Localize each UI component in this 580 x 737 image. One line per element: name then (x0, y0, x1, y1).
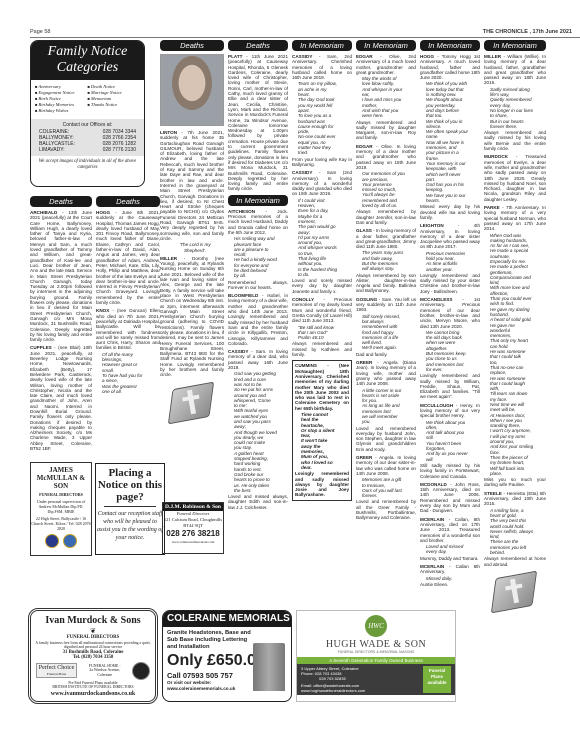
ivan-website[interactable]: www.ivanmurdockandsons.co.uk (31, 690, 155, 698)
notice-text: - 13th June 2021 (peacefully) at the Cou… (30, 210, 92, 342)
institute-seal-icon (132, 662, 150, 680)
notice-verse: May the winds of love blow softly, And w… (356, 76, 416, 118)
deaths-column-3: Deaths LINTON - 7th June 2021, suddenly … (160, 40, 224, 430)
notice-name: EDGAR (356, 144, 373, 149)
notice-name: GLASS (356, 228, 372, 233)
seal-icon (45, 534, 59, 548)
memoriam-notice: MCDONALD - John Ross, 15th Anniversary, … (420, 482, 480, 514)
memoriam-notice: CASSIDY - Sam, 2nd Anniversary. Cherishe… (292, 54, 352, 167)
section-header-deaths: Deaths (30, 196, 92, 207)
headstone-image (253, 643, 285, 691)
notice-name: AITCHESON (228, 209, 255, 214)
perfect-choice-label: Perfect Choice (39, 665, 74, 672)
notice-name: PLATT (228, 54, 242, 59)
notice-verse: Missed daily. (420, 576, 480, 581)
wade-website[interactable]: www.hughwadefuneraldirectors.com (301, 688, 365, 693)
notice-signoff: Always remembered and missed by Kathleen… (292, 341, 352, 357)
deaths-column-1: Deaths ARCHIBALD - 13th June 2021 (peace… (30, 196, 92, 454)
wade-banner: A Seventh Generation Family Owned Busine… (297, 657, 455, 664)
memoriam-notice: BLOOMFIELD - Isobel, in loving memory of… (228, 293, 288, 346)
notice-signoff: Mummy, Daddy and Tamara. (420, 556, 479, 561)
section-header-deaths: Deaths (96, 196, 160, 207)
notice-signoff: Lovingly remembered and sadly missed by … (420, 373, 480, 399)
notice-text: - Treasured memories of Evelyn, a dear w… (484, 154, 546, 201)
notice-text: - Dorothy (nee Young), peacefully, at Ry… (160, 256, 224, 378)
notice-signoff: Loved and remembered by all the Greer Fa… (356, 499, 416, 520)
notice-verse: Still sorely missed, but always remember… (356, 314, 416, 351)
perfect-choice-sub: Funeral Plans (39, 672, 74, 676)
notice-text: - 1st Anniversary. Precious memories of … (420, 297, 480, 328)
section-header-memoriam: In Memoriam (484, 40, 546, 51)
memoriam-notice: HOGG - Tommy Hogg 1st Anniversary. A muc… (420, 54, 480, 220)
notice-name: MCDONALD (420, 482, 447, 487)
hwc-logo: HWC (365, 615, 387, 637)
bible-icon (164, 382, 220, 426)
coleraine-title: COLERAINE MEMORIALS (163, 611, 291, 627)
notice-signoff: Always remembered at home and abroad. (484, 556, 546, 566)
ivan-home: FUNERAL HOME - 2a Windsor Avenue, Colera… (87, 664, 123, 678)
notice-verse: God saw you getting tired and a cure was… (228, 371, 288, 493)
notice-verse: Tears on my pillow, an ache in my heart.… (292, 81, 352, 155)
category-list: Anniversary Death Notice Engagement Noti… (31, 80, 144, 116)
memoriam-notice: GLASS - In loving memory of a dear fathe… (356, 228, 416, 294)
wade-sub: FUNERAL DIRECTORS & MEMORIAL MASONS (297, 650, 455, 655)
wade-contact-panel: 3 Upper Abbey Street, Coleraine Phone: 0… (297, 664, 455, 695)
notice-text: - 11th June 2021 (peacefully) at Causewa… (228, 54, 288, 191)
notice-verse: The years may pass and fade away, But th… (356, 250, 416, 271)
memoriam-notice: MCCANDLESS - 1st Anniversary. Precious m… (420, 297, 480, 400)
accreditation-seals (31, 534, 91, 548)
memoriam-notice: GREER - Angela (Diana Jean). In loving m… (356, 360, 416, 452)
linton-portrait-photo (160, 54, 224, 126)
notice-signoff: Always remembered by son Alister, daught… (356, 273, 416, 294)
selected-badge-icon (63, 534, 77, 548)
notice-text: - June 6th 2021, suddenly at the Causewa… (96, 210, 160, 305)
categories-title: Family Notice Categories (31, 41, 144, 80)
notice-verse: A little corner in our hearts is set asi… (356, 388, 416, 425)
notice-name: GREER (356, 455, 372, 460)
office-name: LIMAVADY: (39, 147, 65, 153)
contact-offices: Contact our Offices at: COLERAINE:028 70… (31, 119, 144, 156)
notice-text: - (Nee McNaughten) 18th Anniversary. Che… (295, 363, 349, 410)
wade-phone-2: 028 703 52835 (301, 676, 365, 681)
notice-text: - 7th June 2021, suddenly at his home 35… (160, 130, 224, 241)
notice-verse: Precious memories hold you near, As time… (420, 251, 480, 272)
ivan-murdock-ad: Ivan Murdock & Sons ❦ FUNERAL DIRECTORS … (30, 610, 156, 702)
notice-name: MILLER (484, 54, 501, 59)
notice-signoff: Remembered always. Forever in our hearts… (228, 280, 288, 290)
memoriam-notice: PARKE - 7th Anniversary. In loving memor… (484, 205, 546, 488)
memoriam-notice: LEIGHTON - 4th Anniversary. In loving me… (420, 223, 480, 294)
notice-signoff: Always remembered by daughter Jennifer, … (356, 209, 416, 225)
memoriam-notice: MILLER - William (Willie). In loving mem… (484, 54, 546, 151)
death-notice: PLATT - 11th June 2021 (peacefully) at C… (228, 54, 288, 192)
section-header-memoriam: In Memoriam (420, 40, 480, 51)
notice-verse: Our memories of you are precious, Your p… (356, 171, 416, 208)
memoriam-notice-boxed: CUMMINS - (Nee McNaughten) 18th Annivers… (292, 360, 352, 500)
djm-robinson-ad: D.J.M. Robinson & Son Funeral Directors … (162, 502, 224, 554)
djm-address: 121 Calcium Road, Cloughmills BT44 9QT (163, 517, 223, 529)
notice-text: - Isobel, in loving memory of a dear wif… (228, 293, 288, 346)
section-header-memoriam: In Memoriam (292, 40, 352, 51)
notice-verse: A smiling face, a heart of gold, The ver… (484, 508, 546, 556)
mcmullan-name: JAMES McMULLAN & SON (31, 463, 91, 490)
notice-name: MURDOCK (484, 154, 508, 159)
notice-signoff: Lovingly remembered and sadly missed alw… (295, 471, 349, 497)
notice-signoff: Loved and sorely missed every day by dau… (292, 278, 352, 294)
notice-text: - (nee Duncan) Ellen who died on 7th Jun… (96, 308, 160, 350)
death-notice: LINTON - 7th June 2021, suddenly at his … (160, 130, 224, 253)
notice-text: - (nee Blair) 10th June 2021, peacefully… (30, 345, 92, 451)
notice-signoff: Dad and family. (356, 352, 388, 357)
death-notice: HOGG - June 6th 2021, suddenly at the Ca… (96, 210, 160, 305)
notice-name: CASSIDY (228, 349, 248, 354)
notice-name: HOGG (420, 54, 434, 59)
ivan-tagline: A family business free from all multinat… (31, 641, 155, 650)
death-notice: CUPPLES - (nee Blair) 10th June 2021, pe… (30, 345, 92, 451)
notice-name: PARKE (484, 205, 500, 210)
notice-name: CUMMINS (295, 363, 317, 368)
divider (104, 506, 156, 507)
perfect-choice-badge: Perfect ChoiceFuneral Plans (36, 663, 77, 678)
notice-signoff: Always remembered and sadly missed by da… (356, 120, 416, 141)
family-notice-categories-box: Family Notice Categories Anniversary Dea… (30, 40, 145, 187)
header-rule (30, 37, 580, 38)
memoriam-column-7: In Memoriam HOGG - Tommy Hogg 1st Annive… (420, 40, 480, 590)
notice-name: CONOLLY (292, 297, 314, 302)
bible-icon (487, 571, 543, 615)
notice-verse: Of all the many blessings, However great… (96, 352, 160, 394)
notice-signoff: From your loving wife Kay in Ballynarrig… (292, 157, 352, 167)
notice-name: BLOOMFIELD (228, 293, 258, 298)
hugh-wade-ad: HWC HUGH WADE & SON FUNERAL DIRECTORS & … (296, 610, 456, 702)
notice-verse: Time cannot heal the heartache, Or stop … (295, 412, 349, 470)
placing-title: Placing a Notice on this page? (96, 464, 164, 503)
placing-body: Contact our reception staff who will be … (96, 510, 164, 542)
notice-name: MCCANDLESS (420, 297, 452, 302)
coleraine-description: Granite Headstones, Base and Sub Base in… (167, 630, 251, 651)
memoriam-notice: GREER - Angela. In loving memory of our … (356, 455, 416, 521)
notice-signoff: Auntie Eileen. (420, 582, 448, 587)
ornament-icon: ❦ (31, 627, 155, 635)
ivan-name: Ivan Murdock & Sons (31, 611, 155, 627)
notice-verse: We think of you with love today but that… (420, 81, 480, 203)
memoriam-column-6: In Memoriam EDGAR - Olive, 2nd Anniversa… (356, 40, 416, 524)
section-header-deaths: Deaths (228, 40, 288, 51)
title-line-2: Categories (31, 60, 144, 76)
notice-verse: Memories are a gift to treasure, Ours of… (356, 477, 416, 498)
section-header-memoriam: In Memoriam (356, 40, 416, 51)
notice-verse: We cannot bring the old days back when w… (420, 330, 480, 372)
mcmullan-funeral-ad: JAMES McMULLAN & SON FUNERAL DIRECTORS U… (30, 462, 92, 556)
notice-name: ARCHIBALD (30, 210, 57, 215)
category-item: Birthday Wishes (35, 108, 88, 114)
notice-signoff: Miss you so much your darling wife Pauli… (484, 477, 546, 487)
notice-name: MCERLAIN (420, 564, 444, 569)
deaths-memoriam-column-4: Deaths PLATT - 11th June 2021 (peacefull… (228, 40, 288, 513)
notice-name: MCERLAIN (420, 517, 444, 522)
memoriam-notice: STEELE - Henrietta (Etta) 6th Anniversar… (484, 491, 546, 567)
notice-text: - William (Willie). In loving memory of … (484, 54, 546, 85)
notice-verse: When God was making husbands, As far as … (484, 233, 546, 477)
memoriam-notice: EDGAR - Olive, 2nd Anniversary of a much… (356, 54, 416, 141)
djm-phone: 028 276 38218 (163, 529, 223, 539)
section-header-memoriam: In Memoriam (228, 195, 288, 206)
notice-name: GREER (356, 360, 372, 365)
notice-verse: Sadly missed along life's way, Quietly r… (484, 87, 546, 129)
memoriam-notice: AITCHESON - Jock. Precious memories of a… (228, 209, 288, 290)
djm-name: D.J.M. Robinson & Son (163, 503, 223, 511)
notice-signoff: Always remembered and sadly missed by hi… (484, 130, 546, 151)
notice-name: MILLER (160, 256, 177, 261)
masthead: THE CHRONICLE , 17th June 2021 (483, 30, 572, 35)
page-number: Page 58 (30, 30, 51, 35)
wade-plans-badge: Funeral Plans available (423, 666, 451, 693)
notice-signoff: Lovingly remembered and sadly missed by … (420, 273, 480, 294)
office-row: LIMAVADY:028 7776 2130 (39, 147, 136, 153)
notice-name: KNOX (96, 308, 109, 313)
notice-signoff: Loved and remembered everyday by husband… (356, 426, 416, 452)
notice-verse: Loved and missed every day. (420, 544, 480, 555)
notice-name: CASSIDY (292, 54, 312, 59)
notice-name: CUPPLES (30, 345, 52, 350)
notice-name: CASSIDY (292, 170, 312, 175)
notice-verse: His smiling way and pleasant face are a … (228, 236, 288, 278)
memoriam-notice: MCCULLOUGH - Henry. In loving memory of … (420, 403, 480, 479)
mcmullan-role: FUNERAL DIRECTORS (31, 492, 91, 497)
category-item: Thanks Notice (88, 102, 141, 108)
notice-signoff: Loved and missed always, daughter Edith … (228, 494, 288, 510)
notice-name: EDGAR (356, 54, 373, 59)
memoriam-column-5: In Memoriam CASSIDY - Sam, 2nd Anniversa… (292, 40, 352, 504)
notice-name: MCCULLOUGH (420, 403, 453, 408)
mcmullan-supervision: Under personal supervision of Andrew McM… (31, 499, 91, 514)
death-notice: ARCHIBALD - 13th June 2021 (peacefully) … (30, 210, 92, 342)
office-phone: 028 7776 2130 (103, 147, 136, 153)
section-header-deaths: Deaths (160, 40, 224, 51)
notice-signoff: Still sadly missed by his loving family … (420, 463, 480, 479)
notice-signoff: Missed every day by his devoted wife Isa… (420, 204, 480, 220)
memoriam-notice: MCERLAIN - Callan, 8th Anniversary, died… (420, 517, 480, 561)
notice-verse: We think about you often, And talk about… (420, 420, 480, 462)
ivan-details-row: Perfect ChoiceFuneral Plans FUNERAL HOME… (31, 662, 155, 680)
djm-web: www.robinsonsfuneralsni.com (163, 539, 223, 545)
memoriam-notice: CASSIDY - Sam (2nd Anniversary). In lovi… (292, 170, 352, 294)
notice-name: GOSLING (356, 297, 377, 302)
notice-verse: "Be still and know that I am God" Psalm … (292, 325, 352, 341)
coleraine-memorials-ad: COLERAINE MEMORIALS Granite Headstones, … (162, 610, 292, 702)
contact-title: Contact our Offices at: (39, 122, 136, 128)
death-notice: KNOX - (nee Duncan) Ellen who died on 7t… (96, 308, 160, 394)
title-line-1: Family Notice (31, 44, 144, 60)
wade-name: HUGH WADE & SON (297, 639, 455, 650)
memoriam-notice: MURDOCK - Treasured memories of Evelyn, … (484, 154, 546, 202)
notice-name: STEELE (484, 491, 502, 496)
notice-verse: If I could visit Heaven, Even for a day,… (292, 198, 352, 277)
mcmullan-address: 22 High Street, Ballycastle / 16 Church … (31, 516, 91, 531)
memoriam-notice: MCERLAIN - Callan 8th Anniversary. Misse… (420, 564, 480, 587)
images-note: We accept images of individuals in all o… (31, 156, 144, 174)
memoriam-notice: CASSIDY - Sam. In loving memory of a dea… (228, 349, 288, 510)
notice-verse: 'The Lord is my Shepherd'. (160, 242, 224, 253)
deaths-column-2: Deaths HOGG - June 6th 2021, suddenly at… (96, 196, 160, 397)
death-notice: MILLER - Dorothy (nee Young), peacefully… (160, 256, 224, 378)
ivan-tel: Tel. (028) 7034 3350 (31, 655, 155, 661)
memoriam-notice: EDGAR - Olive. In loving memory of a dea… (356, 144, 416, 225)
notice-name: LINTON (160, 130, 177, 135)
memoriam-notice: GOSLING - Sam. You left us very suddenly… (356, 297, 416, 357)
notice-text: - John Ross, 15th Anniversary, died on 1… (420, 482, 480, 513)
notice-name: LEIGHTON (420, 223, 444, 228)
memoriam-notice: CONOLLY - Precious memories of my dearly… (292, 297, 352, 357)
placing-notice-box: Placing a Notice on this page? Contact o… (95, 463, 165, 555)
memoriam-column-8: In Memoriam MILLER - William (Willie). I… (484, 40, 546, 619)
notice-name: HOGG (96, 210, 110, 215)
